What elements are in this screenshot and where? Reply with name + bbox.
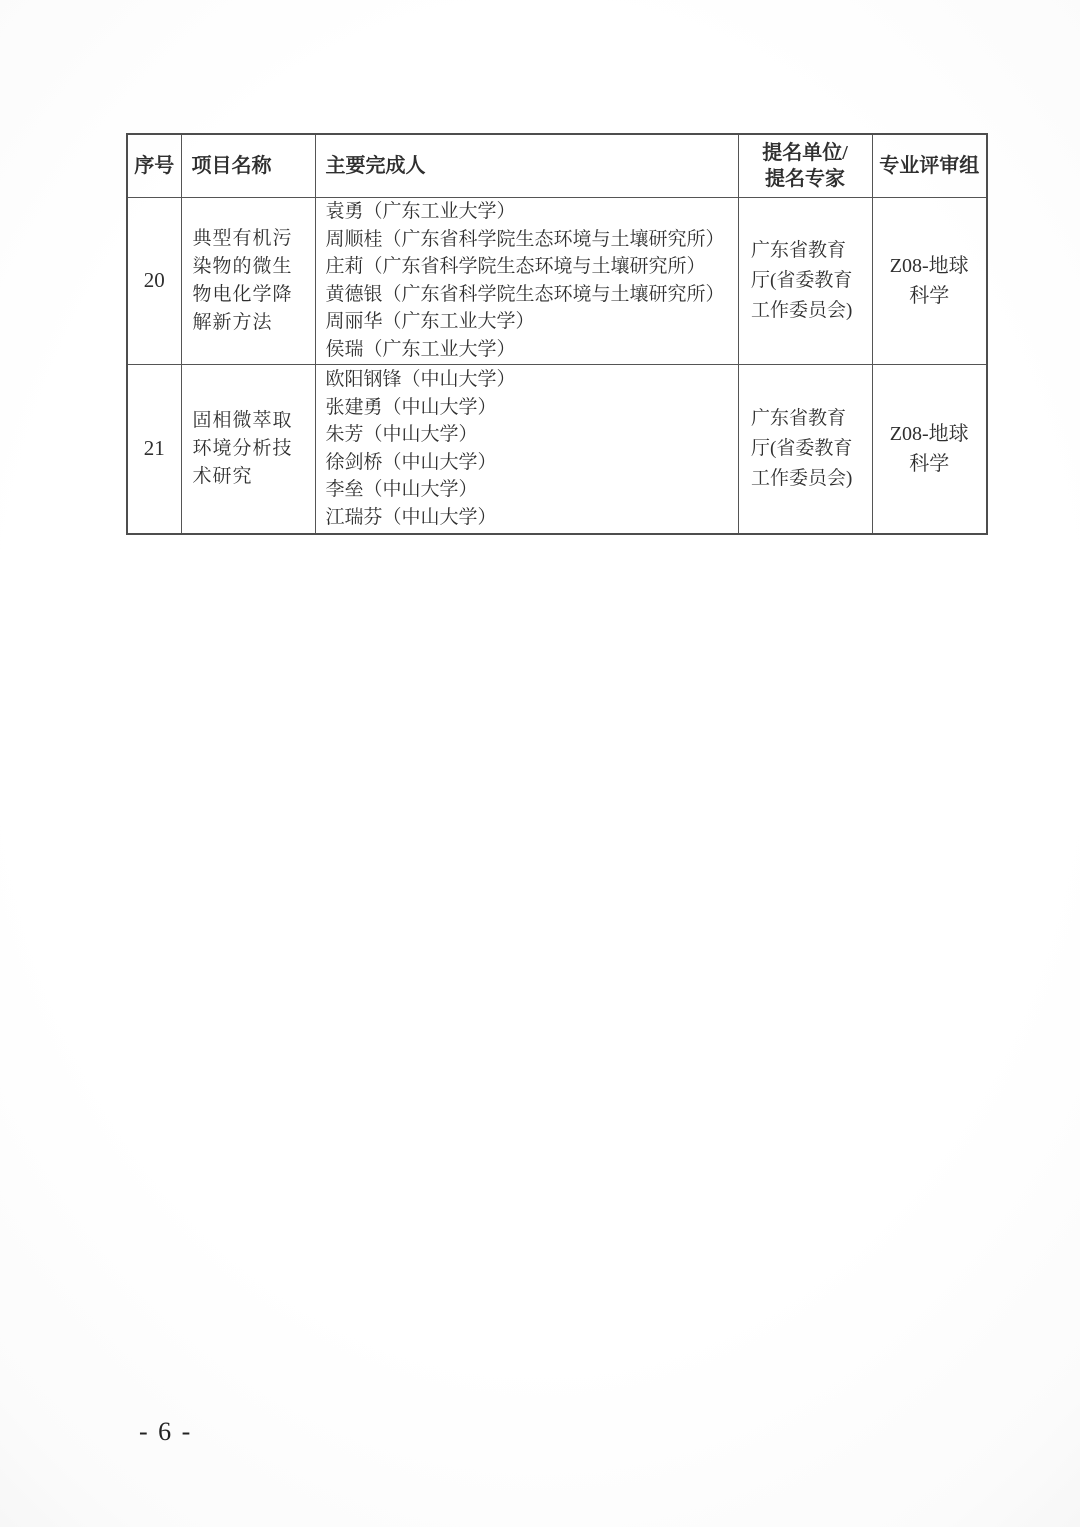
contributor: 周顺桂（广东省科学院生态环境与土壤研究所） [326, 226, 738, 254]
contributor: 黄德银（广东省科学院生态环境与土壤研究所） [326, 281, 738, 309]
contributors-cell: 袁勇（广东工业大学） 周顺桂（广东省科学院生态环境与土壤研究所） 庄莉（广东省科… [315, 197, 738, 364]
project-name-cell: 固相微萃取环境分析技术研究 [181, 364, 315, 534]
awards-table: 序号 项目名称 主要完成人 提名单位/ 提名专家 专业评审组 20 典型有机污染… [126, 133, 988, 535]
table-row: 20 典型有机污染物的微生物电化学降解新方法 袁勇（广东工业大学） 周顺桂（广东… [127, 197, 987, 364]
contributor: 江瑞芬（中山大学） [326, 504, 738, 532]
contributor: 庄莉（广东省科学院生态环境与土壤研究所） [326, 253, 738, 281]
table-header-row: 序号 项目名称 主要完成人 提名单位/ 提名专家 专业评审组 [127, 134, 987, 197]
contributors-cell: 欧阳钢锋（中山大学） 张建勇（中山大学） 朱芳（中山大学） 徐剑桥（中山大学） … [315, 364, 738, 534]
serial-number-cell: 20 [127, 197, 181, 364]
contributor: 侯瑞（广东工业大学） [326, 336, 738, 364]
contributor: 张建勇（中山大学） [326, 394, 738, 422]
serial-number-cell: 21 [127, 364, 181, 534]
header-nominating-unit: 提名单位/ 提名专家 [738, 134, 872, 197]
contributor: 徐剑桥（中山大学） [326, 449, 738, 477]
review-group-text: Z08-地球科学 [883, 251, 975, 311]
header-project-name: 项目名称 [181, 134, 315, 197]
review-group-cell: Z08-地球科学 [872, 197, 987, 364]
project-name-cell: 典型有机污染物的微生物电化学降解新方法 [181, 197, 315, 364]
review-group-text: Z08-地球科学 [883, 419, 975, 479]
contributor: 欧阳钢锋（中山大学） [326, 366, 738, 394]
document-page: 序号 项目名称 主要完成人 提名单位/ 提名专家 专业评审组 20 典型有机污染… [0, 0, 1080, 1527]
header-main-contributors: 主要完成人 [315, 134, 738, 197]
nominating-unit-text: 广东省教育厅(省委教育工作委员会) [751, 404, 859, 494]
header-review-group: 专业评审组 [872, 134, 987, 197]
contributor: 朱芳（中山大学） [326, 421, 738, 449]
nominating-unit-cell: 广东省教育厅(省委教育工作委员会) [738, 197, 872, 364]
header-serial-number: 序号 [127, 134, 181, 197]
contributor: 周丽华（广东工业大学） [326, 308, 738, 336]
nominating-unit-cell: 广东省教育厅(省委教育工作委员会) [738, 364, 872, 534]
contributor: 李垒（中山大学） [326, 476, 738, 504]
nominating-unit-text: 广东省教育厅(省委教育工作委员会) [751, 236, 859, 326]
page-number: - 6 - [139, 1417, 192, 1447]
contributor: 袁勇（广东工业大学） [326, 198, 738, 226]
review-group-cell: Z08-地球科学 [872, 364, 987, 534]
table-row: 21 固相微萃取环境分析技术研究 欧阳钢锋（中山大学） 张建勇（中山大学） 朱芳… [127, 364, 987, 534]
